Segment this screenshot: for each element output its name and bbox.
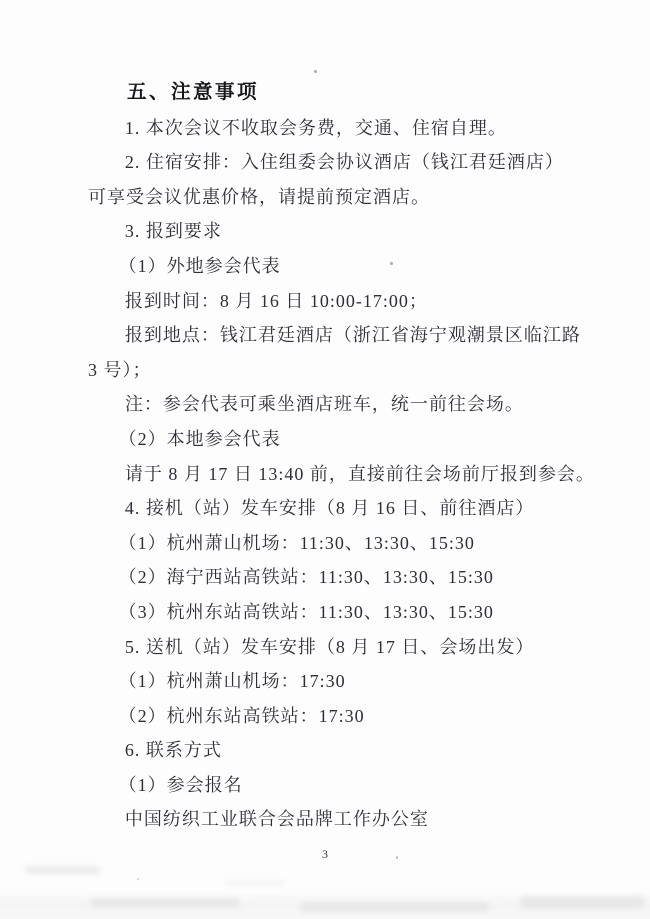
- text-line: 可享受会议优惠价格，请提前预定酒店。: [88, 180, 598, 215]
- scan-smudge: [25, 866, 100, 874]
- text-line: 2. 住宿安排：入住组委会协议酒店（钱江君廷酒店）: [88, 145, 598, 180]
- text-line: 中国纺织工业联合会品牌工作办公室: [88, 802, 598, 837]
- text-line: （1）杭州萧山机场：17:30: [88, 664, 598, 699]
- scan-speck: [396, 856, 398, 859]
- text-line: 报到地点：钱江君廷酒店（浙江省海宁观潮景区临江路: [88, 318, 598, 353]
- scan-speck: [390, 262, 393, 265]
- scan-smudge: [520, 896, 645, 908]
- text-line: （2）本地参会代表: [88, 422, 598, 457]
- text-line: 1. 本次会议不收取会务费，交通、住宿自理。: [88, 111, 598, 146]
- text-line: （1）参会报名: [88, 768, 598, 803]
- text-line: 3 号）；: [88, 353, 598, 388]
- text-line: 注：参会代表可乘坐酒店班车，统一前往会场。: [88, 387, 598, 422]
- text-line: 6. 联系方式: [88, 733, 598, 768]
- text-line: 3. 报到要求: [88, 214, 598, 249]
- scanned-document-page: 五、注意事项1. 本次会议不收取会务费，交通、住宿自理。2. 住宿安排：入住组委…: [0, 0, 650, 919]
- text-line: 请于 8 月 17 日 13:40 前，直接前往会场前厅报到参会。: [88, 457, 598, 492]
- text-line: （1）杭州萧山机场：11:30、13:30、15:30: [88, 526, 598, 561]
- scan-smudge: [90, 898, 240, 907]
- section-heading: 五、注意事项: [88, 76, 598, 111]
- scan-speck: [137, 878, 139, 880]
- scan-smudge: [0, 890, 650, 919]
- page-number: 3: [0, 846, 650, 862]
- text-line: （1）外地参会代表: [88, 249, 598, 284]
- scan-speck: [314, 70, 317, 73]
- text-line: 5. 送机（站）发车安排（8 月 17 日、会场出发）: [88, 630, 598, 665]
- text-line: 报到时间：8 月 16 日 10:00-17:00；: [88, 284, 598, 319]
- text-line: 4. 接机（站）发车安排（8 月 16 日、前往酒店）: [88, 491, 598, 526]
- text-line: （2）杭州东站高铁站：17:30: [88, 699, 598, 734]
- scan-smudge: [225, 880, 285, 886]
- document-lines: 五、注意事项1. 本次会议不收取会务费，交通、住宿自理。2. 住宿安排：入住组委…: [88, 76, 598, 837]
- scan-smudge: [300, 902, 490, 912]
- text-line: （2）海宁西站高铁站：11:30、13:30、15:30: [88, 560, 598, 595]
- text-line: （3）杭州东站高铁站：11:30、13:30、15:30: [88, 595, 598, 630]
